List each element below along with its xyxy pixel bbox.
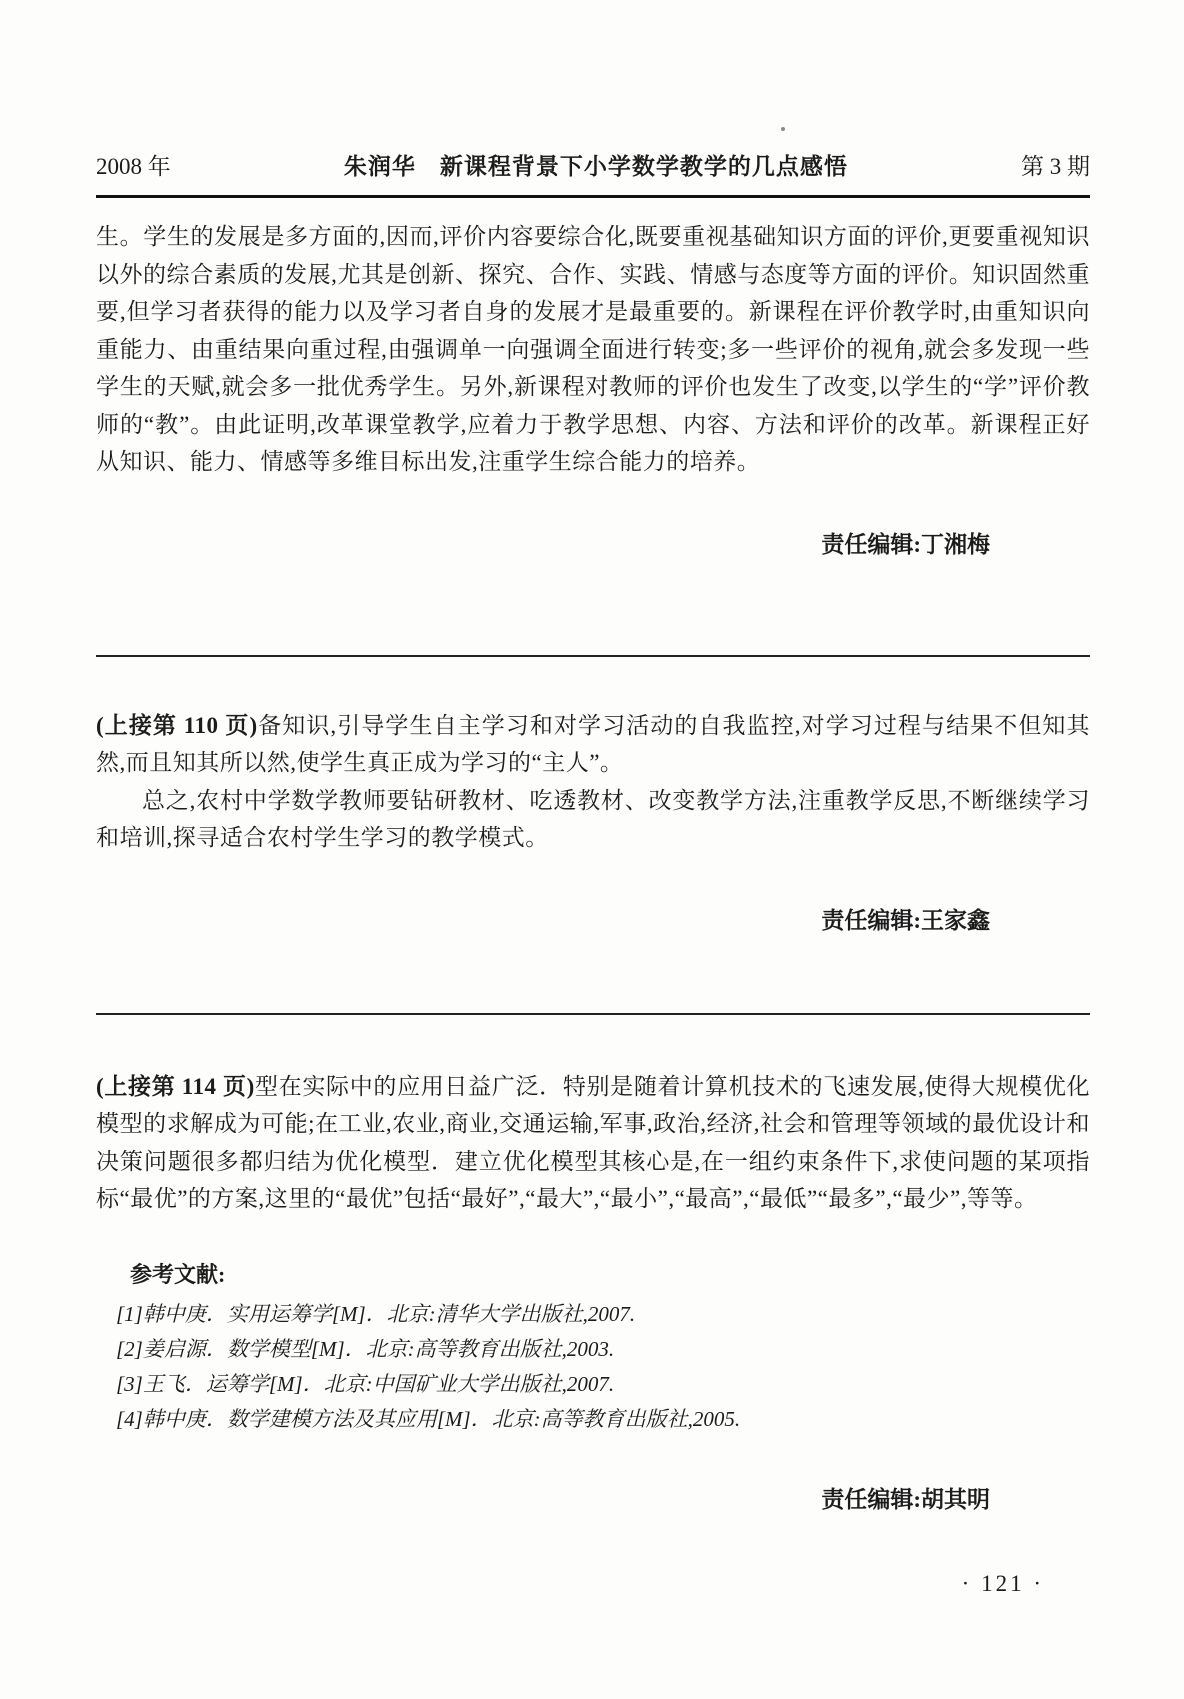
article3-paragraph: (上接第 114 页)型在实际中的应用日益广泛．特别是随着计算机技术的飞速发展,…	[96, 1068, 1090, 1218]
reference-item: [1]韩中庚．实用运筹学[M]．北京:清华大学出版社,2007.	[116, 1297, 1090, 1332]
header-issue: 第 3 期	[1021, 148, 1090, 181]
reference-item: [2]姜启源．数学模型[M]．北京:高等教育出版社,2003.	[116, 1332, 1090, 1367]
section-divider	[96, 655, 1090, 657]
article1-paragraph: 生。学生的发展是多方面的,因而,评价内容要综合化,既要重视基础知识方面的评价,更…	[96, 218, 1090, 481]
references-heading: 参考文献:	[130, 1258, 1090, 1289]
references-list: [1]韩中庚．实用运筹学[M]．北京:清华大学出版社,2007. [2]姜启源．…	[116, 1297, 1090, 1437]
page-number: · 121 ·	[962, 1571, 1044, 1597]
section-divider	[96, 1013, 1090, 1015]
running-head: 2008 年 朱润华 新课程背景下小学数学教学的几点感悟 第 3 期	[96, 148, 1090, 181]
article3-editor-credit: 责任编辑:胡其明	[96, 1481, 1090, 1514]
continued-from-label: (上接第 110 页)	[96, 713, 258, 738]
reference-item: [3]王飞．运筹学[M]．北京:中国矿业大学出版社,2007.	[116, 1367, 1090, 1402]
article2-paragraph-1: (上接第 110 页)备知识,引导学生自主学习和对学习活动的自我监控,对学习过程…	[96, 707, 1090, 782]
article2-editor-credit: 责任编辑:王家鑫	[96, 902, 1090, 935]
article2-paragraph-2: 总之,农村中学数学教师要钻研教材、吃透教材、改变教学方法,注重教学反思,不断继续…	[96, 782, 1090, 857]
header-article-title: 朱润华 新课程背景下小学数学教学的几点感悟	[344, 148, 848, 181]
header-year: 2008 年	[96, 148, 171, 181]
journal-scan-page: 2008 年 朱润华 新课程背景下小学数学教学的几点感悟 第 3 期 生。学生的…	[0, 0, 1184, 1699]
reference-item: [4]韩中庚．数学建模方法及其应用[M]．北京:高等教育出版社,2005.	[116, 1402, 1090, 1437]
page-content: 2008 年 朱润华 新课程背景下小学数学教学的几点感悟 第 3 期 生。学生的…	[96, 0, 1090, 1514]
header-rule	[96, 195, 1090, 198]
continued-from-label: (上接第 114 页)	[96, 1074, 255, 1099]
article1-editor-credit: 责任编辑:丁湘梅	[96, 526, 1090, 559]
